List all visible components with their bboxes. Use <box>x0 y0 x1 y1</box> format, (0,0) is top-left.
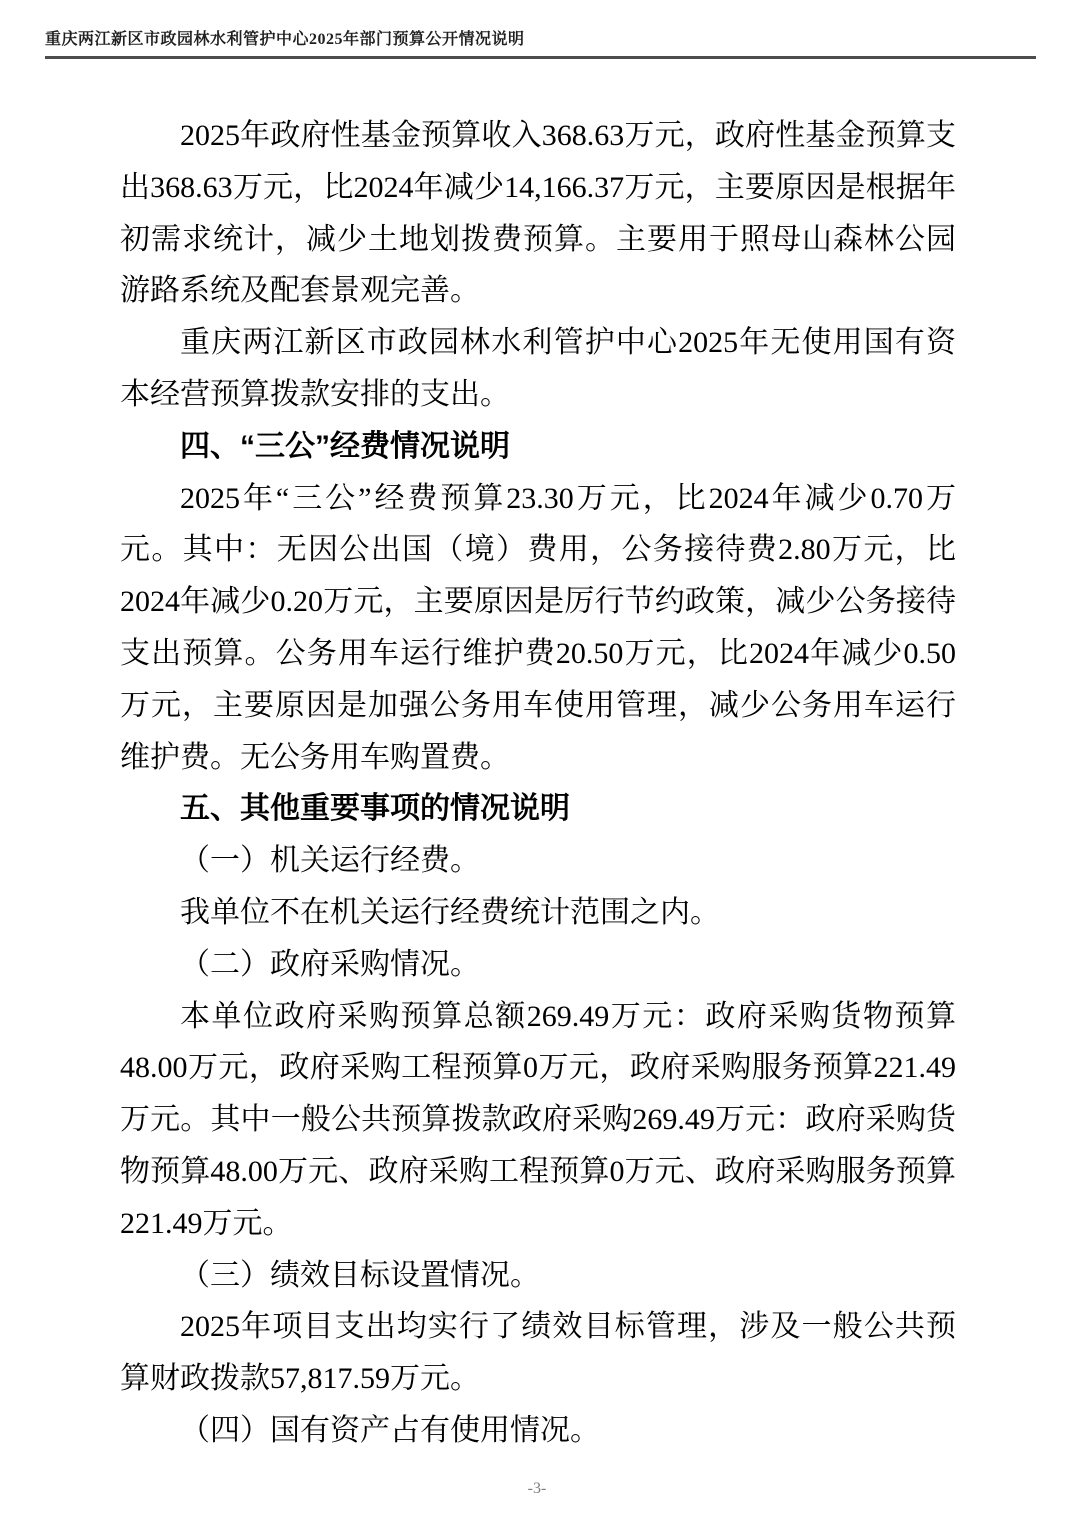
header-title: 重庆两江新区市政园林水利管护中心2025年部门预算公开情况说明 <box>45 26 1036 49</box>
document-page: 重庆两江新区市政园林水利管护中心2025年部门预算公开情况说明 2025年政府性… <box>0 0 1074 1520</box>
paragraph-performance-targets-detail: 2025年项目支出均实行了绩效目标管理，涉及一般公共预算财政拨款57,817.5… <box>120 1301 956 1405</box>
subsection-heading-one-operating-funds: （一）机关运行经费。 <box>120 835 956 887</box>
paragraph-operating-funds-statement: 我单位不在机关运行经费统计范围之内。 <box>120 887 956 939</box>
paragraph-gov-fund-budget: 2025年政府性基金预算收入368.63万元，政府性基金预算支出368.63万元… <box>120 110 956 317</box>
page-number: -3- <box>528 1480 547 1497</box>
page-header: 重庆两江新区市政园林水利管护中心2025年部门预算公开情况说明 <box>45 26 1036 59</box>
subsection-heading-four-state-assets: （四）国有资产占有使用情况。 <box>120 1405 956 1457</box>
paragraph-three-public-funds-detail: 2025年“三公”经费预算23.30万元，比2024年减少0.70万元。其中：无… <box>120 473 956 784</box>
page-footer: -3- <box>0 1480 1074 1498</box>
section-heading-five-other-matters: 五、其他重要事项的情况说明 <box>120 783 956 835</box>
subsection-heading-two-procurement: （二）政府采购情况。 <box>120 939 956 991</box>
paragraph-procurement-detail: 本单位政府采购预算总额269.49万元：政府采购货物预算48.00万元，政府采购… <box>120 991 956 1250</box>
subsection-heading-three-performance-targets: （三）绩效目标设置情况。 <box>120 1250 956 1302</box>
document-body: 2025年政府性基金预算收入368.63万元，政府性基金预算支出368.63万元… <box>120 110 956 1457</box>
paragraph-state-capital-budget: 重庆两江新区市政园林水利管护中心2025年无使用国有资本经营预算拨款安排的支出。 <box>120 317 956 421</box>
section-heading-four-three-public-funds: 四、“三公”经费情况说明 <box>120 421 956 473</box>
